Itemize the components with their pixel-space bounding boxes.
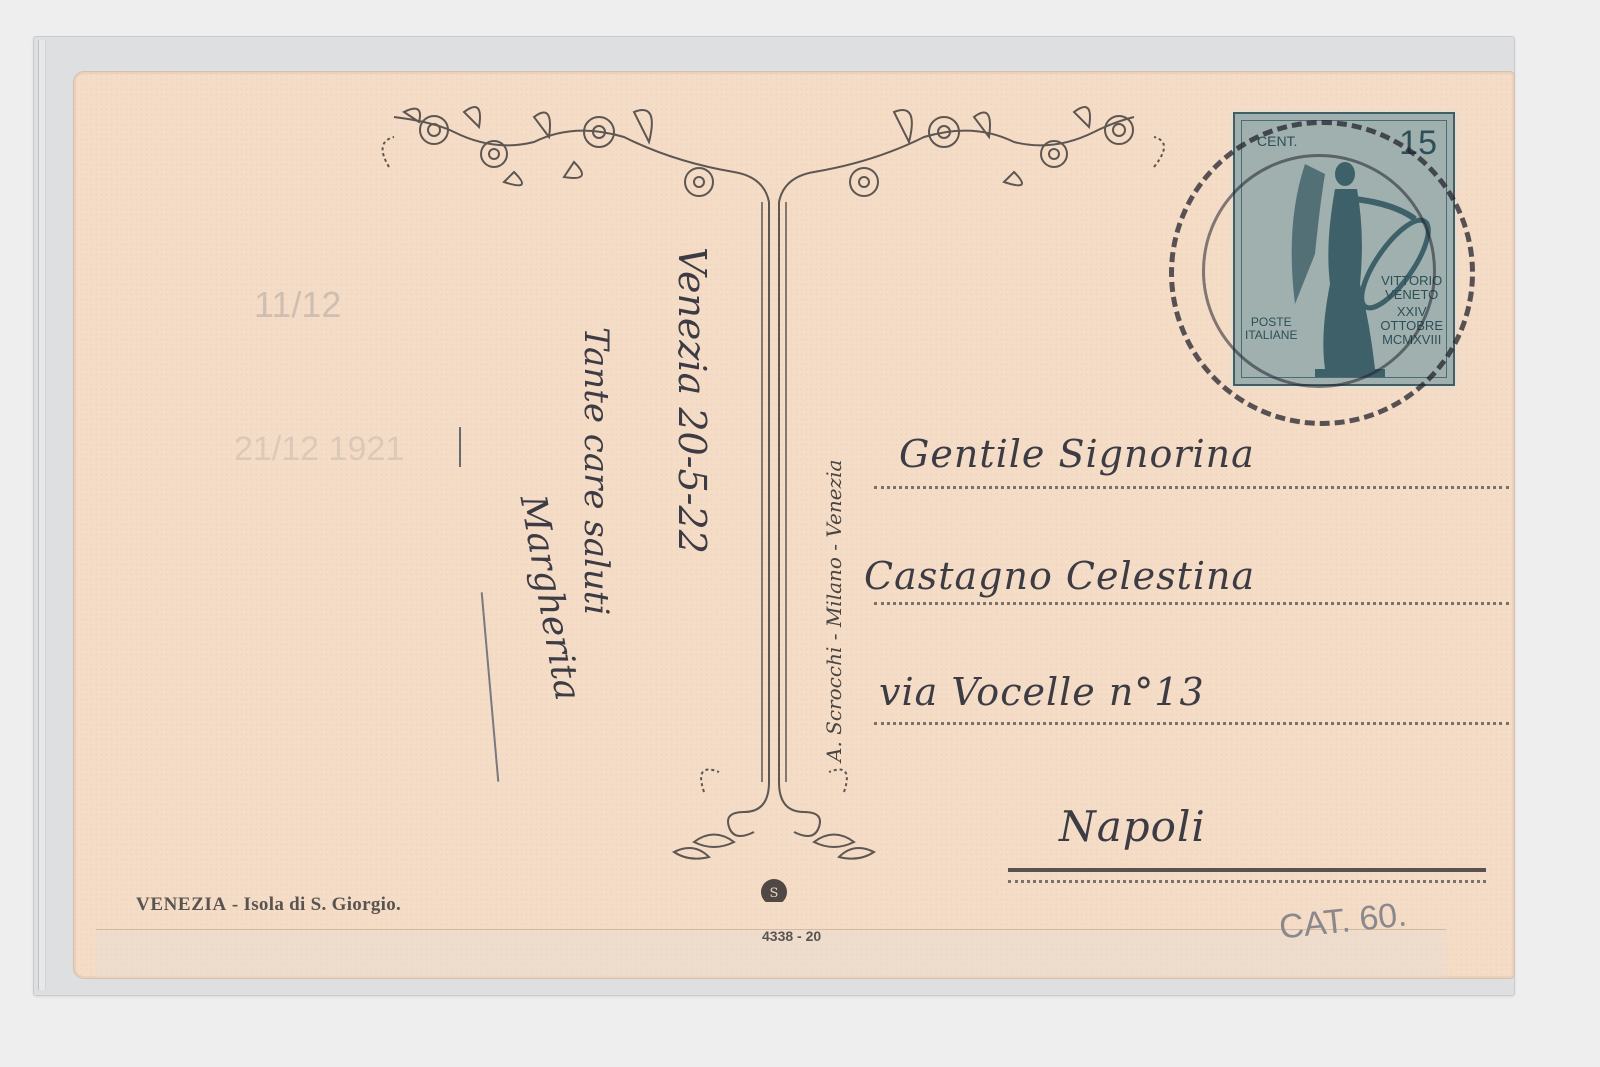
sleeve-edge bbox=[38, 40, 46, 990]
address-line-1: Gentile Signorina bbox=[899, 432, 1255, 476]
address-dotline-1 bbox=[874, 486, 1509, 489]
caption-place: Isola di S. Giorgio. bbox=[244, 894, 402, 915]
message-place-date: Venezia 20-5-22 bbox=[670, 247, 714, 554]
pencil-stroke bbox=[459, 427, 461, 467]
message-greeting: Tante care saluti bbox=[576, 327, 616, 615]
address-dotline-3 bbox=[874, 722, 1509, 725]
floral-divider-ornament: S bbox=[374, 82, 1174, 902]
address-line-4: Napoli bbox=[1059, 802, 1206, 851]
address-dotline-4 bbox=[1008, 880, 1486, 883]
postcard: S A. Scrocchi - Milano - Venezia Venezia… bbox=[74, 72, 1514, 978]
address-line-3: via Vocelle n°13 bbox=[879, 670, 1205, 714]
postmark-inner-ring bbox=[1202, 154, 1436, 388]
caption-separator: - bbox=[232, 894, 239, 915]
publisher-imprint: A. Scrocchi - Milano - Venezia bbox=[822, 460, 846, 762]
faint-pencil-note-1: 11/12 bbox=[254, 284, 341, 326]
caption-city: VENEZIA bbox=[136, 894, 227, 915]
address-dotline-2 bbox=[874, 602, 1509, 605]
svg-text:S: S bbox=[770, 886, 779, 901]
serial-number: 4338 - 20 bbox=[762, 928, 821, 944]
address-line-2: Castagno Celestina bbox=[864, 554, 1255, 598]
faint-pencil-note-2: 21/12 1921 bbox=[234, 430, 404, 469]
printed-caption: VENEZIA - Isola di S. Giorgio. bbox=[136, 894, 401, 916]
address-underline bbox=[1008, 868, 1486, 872]
